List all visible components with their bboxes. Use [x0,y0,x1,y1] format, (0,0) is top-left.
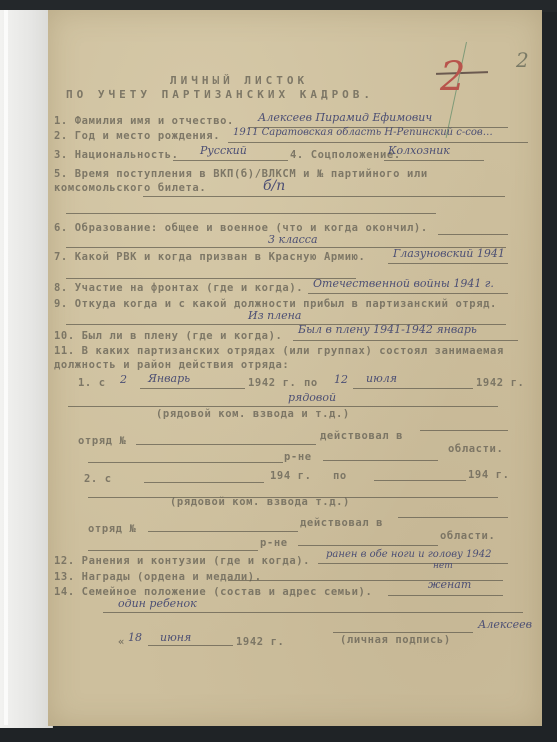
detachment-1-to-month: июля [366,372,397,385]
footer-date-month: июня [160,631,191,644]
detachment-1-from-year: 1942 г. [248,377,296,389]
detachment-1-position: рядовой [288,391,336,404]
rule [103,612,523,613]
detachment-1-region-label: области. [448,443,503,455]
field-value-name: Алексеев Пирамид Ефимович [258,111,432,124]
red-page-number: 2 [440,54,465,100]
rule [88,462,283,463]
rule [228,142,528,143]
rule [298,545,438,546]
detachment-2-prefix: 2. с [84,473,112,485]
detachment-2-region-label: области. [440,530,495,542]
detachment-2-position-caption: (рядовой ком. взвода т.д.) [170,496,350,508]
field-value-family: женат [428,578,471,591]
field-label-birth: 2. Год и место рождения. [54,130,220,142]
detachment-1-to-day: 12 [334,373,348,386]
field-value-party: б/п [263,178,285,194]
field-value-education: 3 класса [268,233,318,246]
field-value-family-children: один ребенок [118,597,197,610]
scan-background-bottom [0,728,557,742]
field-label-fronts: 8. Участие на фронтах (где и когда). [54,282,303,294]
detachment-1-acted-label: действовал в [320,430,403,442]
rule [140,388,245,389]
rule [173,160,288,161]
detachment-1-from-day: 2 [120,373,127,386]
document-title-line1: ЛИЧНЫЙ ЛИСТОК [170,74,308,87]
rule [88,550,258,551]
detachment-2-acted-label: действовал в [300,517,383,529]
document-page: 2 2 ЛИЧНЫЙ ЛИСТОК ПО УЧЕТУ ПАРТИЗАНСКИХ … [48,10,542,726]
field-label-name: 1. Фамилия имя и отчество. [54,115,234,127]
detachment-1-to-year: 1942 г. [476,377,524,389]
footer-date-quote: « [118,636,125,648]
rule [333,632,473,633]
field-value-conscription: Глазуновский 1941 [393,247,505,260]
footer-signature-caption: (личная подпись) [340,634,451,646]
detachment-1-position-caption: (рядовой ком. взвода и т.д.) [156,408,350,420]
detachment-2-from-year: 194 г. [270,470,312,482]
detachment-1-unit-label: отряд № [78,435,126,447]
rule [374,480,466,481]
field-value-nationality: Русский [200,144,247,157]
detachment-2-unit-label: отряд № [88,523,136,535]
field-label-family: 14. Семейное положение (состав и адрес с… [54,586,372,598]
rule [68,406,498,407]
field-value-fronts: Отечественной войны 1941 г. [313,277,494,290]
rule [388,263,508,264]
rule [148,531,298,532]
rule [323,460,438,461]
detachment-1-from-month: Январь [148,372,190,385]
field-label-wounds: 12. Ранения и контузии (где и когда). [54,555,310,567]
footer-date-day: 18 [128,631,142,644]
rule [143,196,505,197]
rule [148,645,233,646]
rule [308,293,508,294]
field-label-captivity: 10. Был ли в плену (где и когда). [54,330,282,342]
rule [293,340,518,341]
detachment-1-district-label: р-не [284,451,312,463]
footer-date-year: 1942 г. [236,636,284,648]
field-value-wounds: ранен в обе ноги и голову 1942 [326,549,491,560]
rule [438,234,508,235]
detachment-2-to-label: по [333,470,347,482]
rule [144,482,264,483]
field-label-awards: 13. Награды (ордена и медали). [54,571,262,583]
rule [384,160,484,161]
detachment-1-prefix: 1. с [78,377,106,389]
field-label-education: 6. Образование: общее и военное (что и к… [54,222,428,234]
detachment-2-district-label: р-не [260,537,288,549]
field-label-detachments: 11. В каких партизанских отрядах (или гр… [54,344,514,372]
rule [420,430,508,431]
document-title-line2: ПО УЧЕТУ ПАРТИЗАНСКИХ КАДРОВ. [66,88,374,101]
field-value-arrival: Из плена [248,309,302,322]
detachment-2-to-year: 194 г. [468,469,510,481]
field-value-birth: 1911 Саратовская область Н-Репинский с-с… [233,127,493,138]
field-value-awards: нет [433,561,453,571]
field-label-conscription: 7. Какой РВК и когда призван в Красную А… [54,251,365,263]
rule [353,388,473,389]
pencil-page-number: 2 [516,48,529,72]
footer-signature: Алексеев [478,618,532,631]
rule [398,517,508,518]
field-value-captivity: Был в плену 1941-1942 январь [298,323,477,336]
rule [388,595,503,596]
detachment-1-to-label: по [304,377,318,389]
field-value-social: Колхозник [388,144,450,157]
folder-edge [4,10,8,725]
field-label-nationality: 3. Национальность. [54,149,179,161]
rule [66,213,436,214]
rule [318,563,508,564]
rule [136,444,316,445]
